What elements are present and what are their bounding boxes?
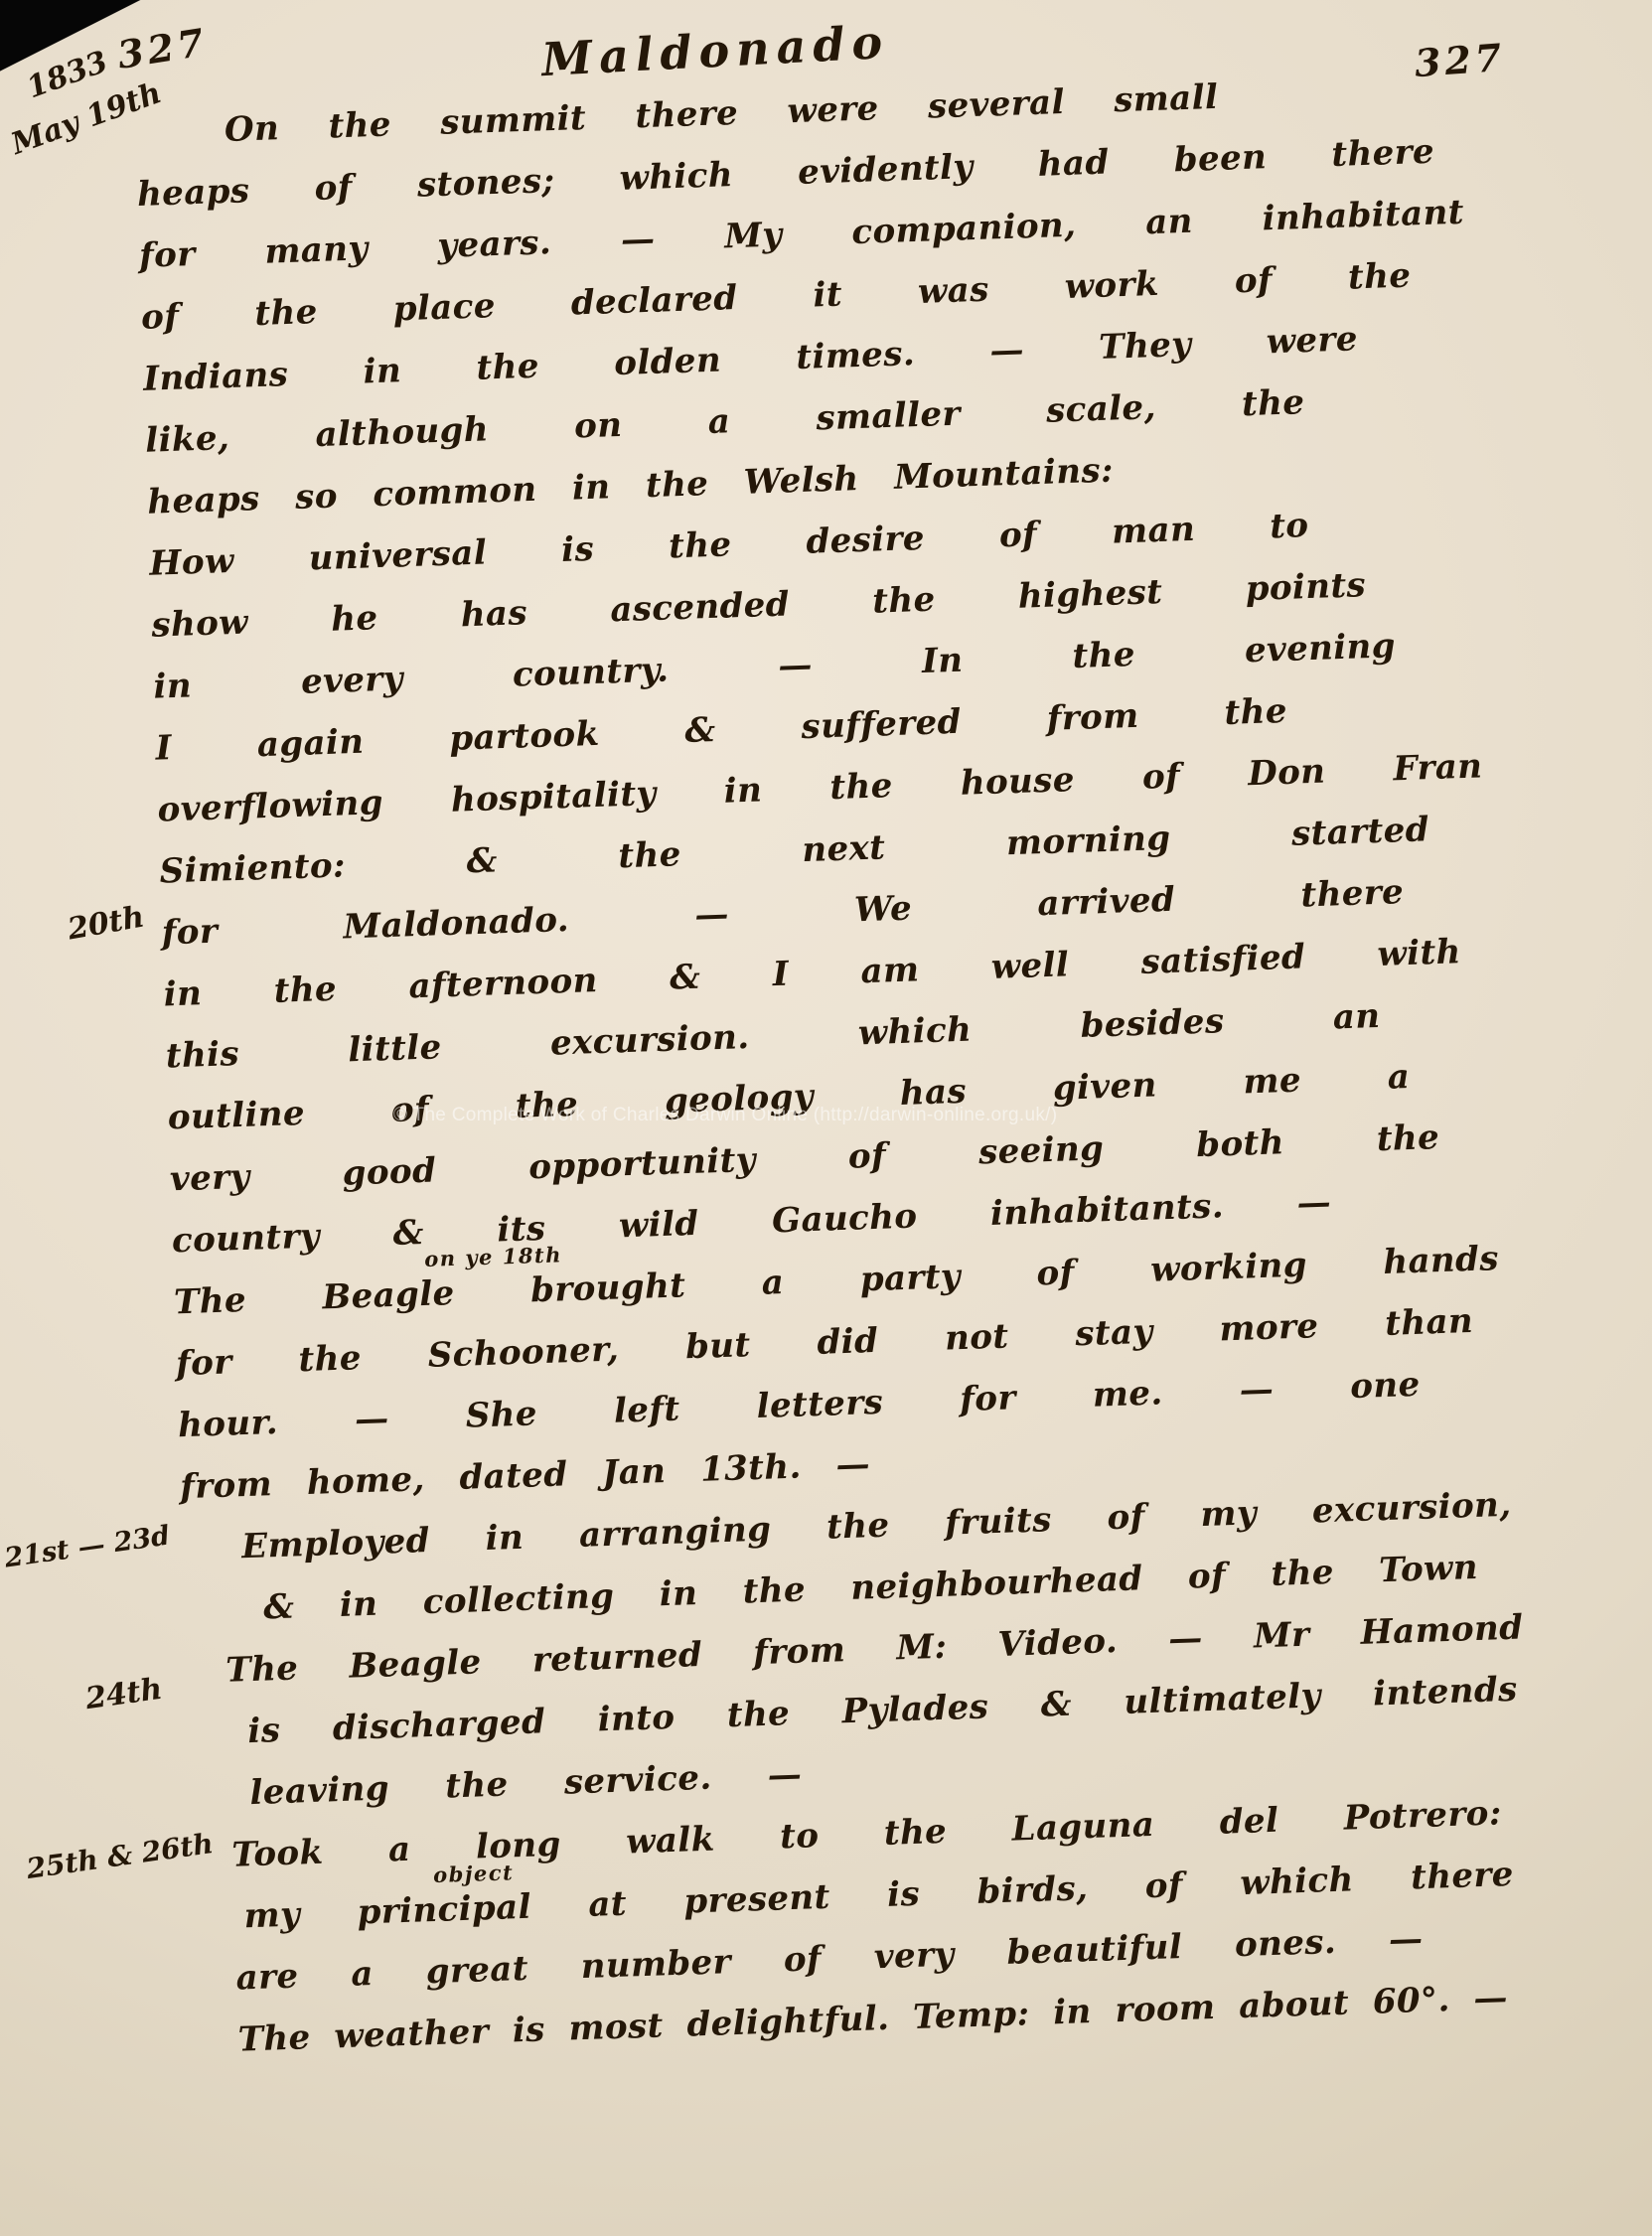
interlinear-insertion: on ye 18th — [424, 1244, 562, 1269]
margin-date-20: 20th — [66, 900, 147, 948]
interlinear-insertion: object — [433, 1862, 515, 1885]
page-title: Maldonado — [540, 15, 890, 86]
margin-date-24: 24th — [83, 1672, 165, 1716]
manuscript-page: 327 Maldonado 327 1833 May 19th 20th 21s… — [0, 0, 1652, 2236]
darwin-online-watermark: © The Complete Work of Charles Darwin On… — [393, 1105, 1057, 1126]
margin-date-25-26: 25th & 26th — [25, 1827, 216, 1885]
manuscript-body: On the summit there were several small h… — [134, 57, 1579, 2072]
margin-date-21-23: 21st — 23d — [3, 1520, 172, 1573]
